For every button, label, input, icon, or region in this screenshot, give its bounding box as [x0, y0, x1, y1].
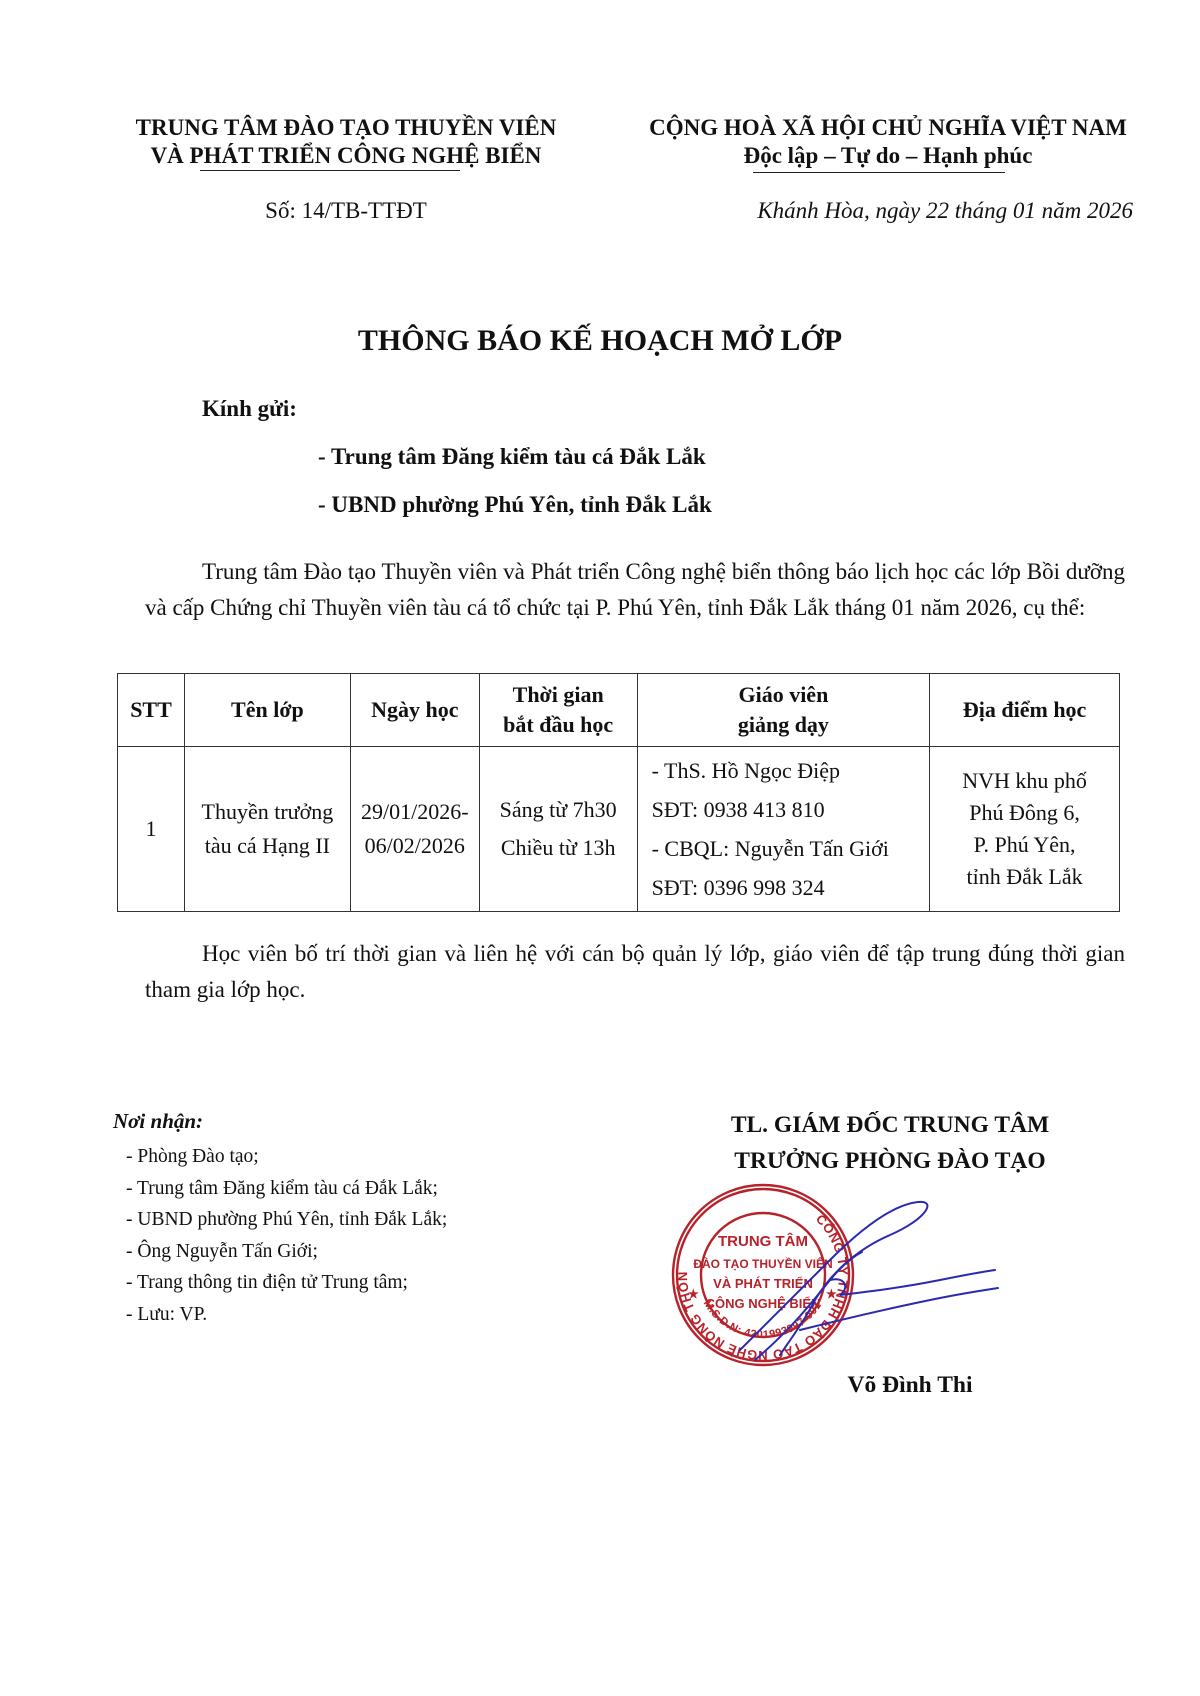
organization-line-2: VÀ PHÁT TRIỂN CÔNG NGHỆ BIỂN: [112, 142, 580, 170]
place-date: Khánh Hòa, ngày 22 tháng 01 năm 2026: [608, 198, 1133, 224]
signature-title-line-1: TL. GIÁM ĐỐC TRUNG TÂM: [630, 1107, 1150, 1143]
cell-dates: 29/01/2026-06/02/2026: [350, 747, 479, 912]
recipient-item: - Trung tâm Đăng kiểm tàu cá Đắk Lắk;: [126, 1173, 447, 1205]
cell-stt: 1: [118, 747, 185, 912]
recipient-item: - UBND phường Phú Yên, tỉnh Đắk Lắk;: [126, 1204, 447, 1236]
addressee-item: - UBND phường Phú Yên, tỉnh Đắk Lắk: [318, 492, 712, 518]
motto: Độc lập – Tự do – Hạnh phúc: [608, 142, 1168, 170]
header-start-time: Thời gianbắt đầu học: [479, 674, 637, 747]
intro-paragraph: Trung tâm Đào tạo Thuyền viên và Phát tr…: [145, 554, 1125, 626]
closing-paragraph: Học viên bố trí thời gian và liên hệ với…: [145, 936, 1125, 1008]
document-number: Số: 14/TB-TTĐT: [112, 198, 580, 224]
recipient-item: - Lưu: VP.: [126, 1299, 447, 1331]
table-header-row: STT Tên lớp Ngày học Thời gianbắt đầu họ…: [118, 674, 1120, 747]
header-class-name: Tên lớp: [184, 674, 350, 747]
table-row: 1 Thuyền trưởngtàu cá Hạng II 29/01/2026…: [118, 747, 1120, 912]
recipient-item: - Ông Nguyễn Tấn Giới;: [126, 1236, 447, 1268]
organization-line-1: TRUNG TÂM ĐÀO TẠO THUYỀN VIÊN: [112, 114, 580, 142]
recipients-list: - Phòng Đào tạo; - Trung tâm Đăng kiểm t…: [126, 1141, 447, 1330]
handwritten-signature-icon: [640, 1180, 1000, 1370]
signer-name: Võ Đình Thi: [790, 1372, 1030, 1399]
recipients-label: Nơi nhận:: [113, 1109, 203, 1134]
document-title: THÔNG BÁO KẾ HOẠCH MỞ LỚP: [0, 324, 1200, 358]
organization-underline: [200, 170, 460, 171]
cell-class-name: Thuyền trưởngtàu cá Hạng II: [184, 747, 350, 912]
nation-name: CỘNG HOÀ XÃ HỘI CHỦ NGHĨA VIỆT NAM: [608, 114, 1168, 142]
recipient-item: - Trang thông tin điện tử Trung tâm;: [126, 1267, 447, 1299]
class-schedule-table: STT Tên lớp Ngày học Thời gianbắt đầu họ…: [117, 673, 1120, 912]
signature-title-line-2: TRƯỞNG PHÒNG ĐÀO TẠO: [630, 1143, 1150, 1179]
issuing-organization: TRUNG TÂM ĐÀO TẠO THUYỀN VIÊN VÀ PHÁT TR…: [112, 114, 580, 170]
cell-teachers: - ThS. Hồ Ngọc ĐiệpSĐT: 0938 413 810- CB…: [637, 747, 930, 912]
header-stt: STT: [118, 674, 185, 747]
addressee-item: - Trung tâm Đăng kiểm tàu cá Đắk Lắk: [318, 444, 706, 470]
cell-start-time: Sáng từ 7h30Chiều từ 13h: [479, 747, 637, 912]
recipient-item: - Phòng Đào tạo;: [126, 1141, 447, 1173]
signature-title: TL. GIÁM ĐỐC TRUNG TÂM TRƯỞNG PHÒNG ĐÀO …: [630, 1107, 1150, 1179]
header-dates: Ngày học: [350, 674, 479, 747]
national-motto: CỘNG HOÀ XÃ HỘI CHỦ NGHĨA VIỆT NAM Độc l…: [608, 114, 1168, 170]
cell-location: NVH khu phốPhú Đông 6,P. Phú Yên,tỉnh Đắ…: [930, 747, 1120, 912]
addressee-label: Kính gửi:: [202, 396, 297, 422]
header-teachers: Giáo viêngiảng dạy: [637, 674, 930, 747]
header-location: Địa điểm học: [930, 674, 1120, 747]
motto-underline: [753, 172, 1005, 173]
